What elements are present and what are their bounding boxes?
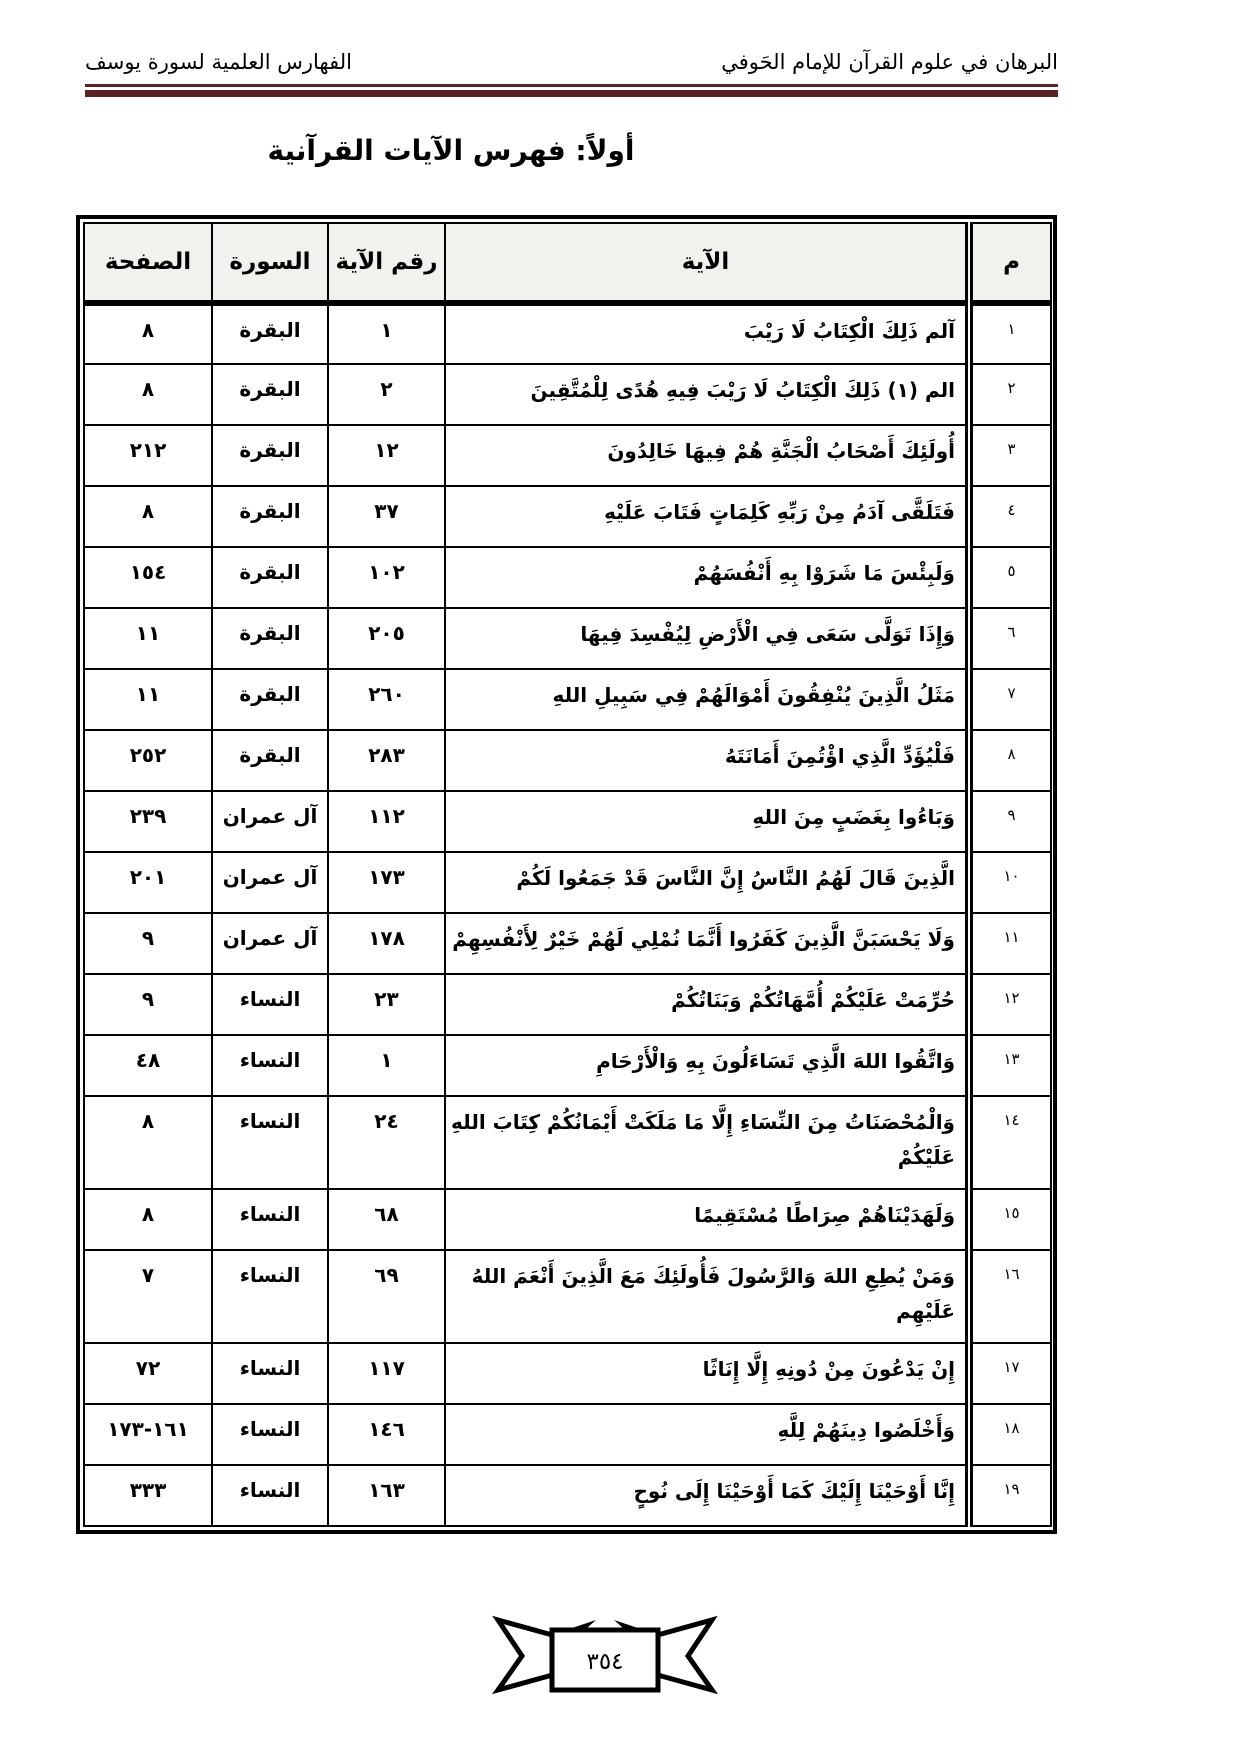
verse-text-cell: وَمَنْ يُطِعِ اللهَ وَالرَّسُولَ فَأُولَ… [445,1250,969,1343]
surah-name-cell: النساء [212,1035,328,1096]
verse-number-cell: ٣٧ [328,486,445,547]
page-number-cell: ٧ [84,1250,212,1343]
table-header-row: م الآية رقم الآية السورة الصفحة [84,223,1051,303]
col-header-verse: الآية [445,223,969,303]
page-number-cell: ٩ [84,913,212,974]
verse-number-cell: ١١٧ [328,1343,445,1404]
verse-text-cell: فَلْيُؤَدِّ الَّذِي اؤْتُمِنَ أَمَانَتَه… [445,730,969,791]
page-number-cell: ٩ [84,974,212,1035]
surah-name-cell: البقرة [212,364,328,425]
verse-number-cell: ١٤٦ [328,1404,445,1465]
verse-number-cell: ٦٨ [328,1189,445,1250]
verse-number-cell: ٢٠٥ [328,608,445,669]
verse-number-cell: ١٧٣ [328,852,445,913]
verse-number-cell: ٢٦٠ [328,669,445,730]
verse-text-cell: الَّذِينَ قَالَ لَهُمُ النَّاسُ إِنَّ ال… [445,852,969,913]
verse-text-cell: وَبَاءُوا بِغَضَبٍ مِنَ اللهِ [445,791,969,852]
verse-index-table: م الآية رقم الآية السورة الصفحة ١آلم ذَل… [76,215,1057,1534]
surah-name-cell: النساء [212,1250,328,1343]
page-number-cell: ٣٣٣ [84,1465,212,1526]
row-index-cell: ٢ [969,364,1051,425]
page-number-cell: ١١ [84,608,212,669]
verse-text-cell: وَإِذَا تَوَلَّى سَعَى فِي الْأَرْضِ لِي… [445,608,969,669]
table-row: ١٩إِنَّا أَوْحَيْنَا إِلَيْكَ كَمَا أَوْ… [84,1465,1051,1526]
surah-name-cell: النساء [212,1189,328,1250]
surah-name-cell: البقرة [212,486,328,547]
surah-name-cell: البقرة [212,730,328,791]
table-row: ٧مَثَلُ الَّذِينَ يُنْفِقُونَ أَمْوَالَه… [84,669,1051,730]
table-row: ١٢حُرِّمَتْ عَلَيْكُمْ أُمَّهَاتُكُمْ وَ… [84,974,1051,1035]
page-number-cell: ٢٠١ [84,852,212,913]
row-index-cell: ٤ [969,486,1051,547]
verse-text-cell: فَتَلَقَّى آدَمُ مِنْ رَبِّهِ كَلِمَاتٍ … [445,486,969,547]
row-index-cell: ١٣ [969,1035,1051,1096]
row-index-cell: ١١ [969,913,1051,974]
table-row: ١آلم ذَلِكَ الْكِتَابُ لَا رَيْبَ١البقرة… [84,303,1051,364]
row-index-cell: ١٤ [969,1096,1051,1189]
header-rule [85,84,1058,97]
row-index-cell: ٥ [969,547,1051,608]
table-row: ١٥وَلَهَدَيْنَاهُمْ صِرَاطًا مُسْتَقِيمً… [84,1189,1051,1250]
verse-text-cell: وَالْمُحْصَنَاتُ مِنَ النِّسَاءِ إِلَّا … [445,1096,969,1189]
page-number-cell: ٢٥٢ [84,730,212,791]
page-number-cell: ٨ [84,1189,212,1250]
row-index-cell: ١٧ [969,1343,1051,1404]
verse-number-cell: ٢٣ [328,974,445,1035]
document-page: { "page_header": { "right_text": "البرها… [0,0,1240,1754]
verse-text-cell: وَلَبِئْسَ مَا شَرَوْا بِهِ أَنْفُسَهُمْ [445,547,969,608]
row-index-cell: ٩ [969,791,1051,852]
verse-text-cell: حُرِّمَتْ عَلَيْكُمْ أُمَّهَاتُكُمْ وَبَ… [445,974,969,1035]
col-header-index: م [969,223,1051,303]
verse-number-cell: ١٦٣ [328,1465,445,1526]
surah-name-cell: آل عمران [212,913,328,974]
row-index-cell: ٨ [969,730,1051,791]
page-number-cell: ٧٢ [84,1343,212,1404]
page-number-cell: ٨ [84,303,212,364]
table-row: ١٣وَاتَّقُوا اللهَ الَّذِي تَسَاءَلُونَ … [84,1035,1051,1096]
page-number-cell: ٨ [84,486,212,547]
table-row: ٦وَإِذَا تَوَلَّى سَعَى فِي الْأَرْضِ لِ… [84,608,1051,669]
page-number-ribbon-icon: ٣٥٤ [490,1612,720,1696]
surah-name-cell: النساء [212,1343,328,1404]
verse-text-cell: إِنْ يَدْعُونَ مِنْ دُونِهِ إِلَّا إِنَا… [445,1343,969,1404]
verse-number-cell: ٢ [328,364,445,425]
surah-name-cell: البقرة [212,425,328,486]
table-row: ١٤وَالْمُحْصَنَاتُ مِنَ النِّسَاءِ إِلَّ… [84,1096,1051,1189]
verse-text-cell: وَأَخْلَصُوا دِينَهُمْ لِلَّهِ [445,1404,969,1465]
surah-name-cell: البقرة [212,608,328,669]
verse-number-cell: ١ [328,303,445,364]
page-number-cell: ١١ [84,669,212,730]
page-number-cell: ١٦١-١٧٣ [84,1404,212,1465]
surah-name-cell: آل عمران [212,852,328,913]
surah-name-cell: آل عمران [212,791,328,852]
row-index-cell: ١٩ [969,1465,1051,1526]
surah-name-cell: البقرة [212,669,328,730]
surah-name-cell: النساء [212,1465,328,1526]
verse-number-cell: ١٧٨ [328,913,445,974]
table-row: ٢الم (١) ذَلِكَ الْكِتَابُ لَا رَيْبَ فِ… [84,364,1051,425]
verse-text-cell: وَاتَّقُوا اللهَ الَّذِي تَسَاءَلُونَ بِ… [445,1035,969,1096]
col-header-verse-number: رقم الآية [328,223,445,303]
row-index-cell: ١٢ [969,974,1051,1035]
page-number-cell: ٤٨ [84,1035,212,1096]
surah-name-cell: البقرة [212,547,328,608]
verse-number-cell: ٢٨٣ [328,730,445,791]
row-index-cell: ٦ [969,608,1051,669]
table-row: ١٨وَأَخْلَصُوا دِينَهُمْ لِلَّهِ١٤٦النسا… [84,1404,1051,1465]
row-index-cell: ١٦ [969,1250,1051,1343]
ribbon-left-wing [498,1620,556,1690]
verse-text-cell: وَلَا يَحْسَبَنَّ الَّذِينَ كَفَرُوا أَن… [445,913,969,974]
verse-number-cell: ١٠٢ [328,547,445,608]
table-row: ٩وَبَاءُوا بِغَضَبٍ مِنَ اللهِ١١٢آل عمرا… [84,791,1051,852]
surah-name-cell: النساء [212,974,328,1035]
surah-name-cell: النساء [212,1404,328,1465]
verse-text-cell: مَثَلُ الَّذِينَ يُنْفِقُونَ أَمْوَالَهُ… [445,669,969,730]
row-index-cell: ٣ [969,425,1051,486]
row-index-cell: ١ [969,303,1051,364]
table-row: ١٧إِنْ يَدْعُونَ مِنْ دُونِهِ إِلَّا إِن… [84,1343,1051,1404]
running-head: البرهان في علوم القرآن للإمام الحَوفي ال… [85,50,1058,97]
row-index-cell: ١٠ [969,852,1051,913]
page-number-cell: ٢٣٩ [84,791,212,852]
chapter-title: الفهارس العلمية لسورة يوسف [85,50,352,74]
verse-text-cell: إِنَّا أَوْحَيْنَا إِلَيْكَ كَمَا أَوْحَ… [445,1465,969,1526]
row-index-cell: ١٥ [969,1189,1051,1250]
table-row: ١٦وَمَنْ يُطِعِ اللهَ وَالرَّسُولَ فَأُو… [84,1250,1051,1343]
surah-name-cell: النساء [212,1096,328,1189]
row-index-cell: ١٨ [969,1404,1051,1465]
table: م الآية رقم الآية السورة الصفحة ١آلم ذَل… [83,222,1052,1527]
verse-number-cell: ١٢ [328,425,445,486]
table-row: ٤فَتَلَقَّى آدَمُ مِنْ رَبِّهِ كَلِمَاتٍ… [84,486,1051,547]
surah-name-cell: البقرة [212,303,328,364]
page-number: ٣٥٤ [586,1649,623,1675]
col-header-page: الصفحة [84,223,212,303]
page-number-cell: ٢١٢ [84,425,212,486]
verse-number-cell: ١١٢ [328,791,445,852]
section-title: أولاً: فهرس الآيات القرآنية [85,134,817,167]
table-row: ١٠الَّذِينَ قَالَ لَهُمُ النَّاسُ إِنَّ … [84,852,1051,913]
table-row: ٣أُولَئِكَ أَصْحَابُ الْجَنَّةِ هُمْ فِي… [84,425,1051,486]
verse-number-cell: ٦٩ [328,1250,445,1343]
verse-text-cell: الم (١) ذَلِكَ الْكِتَابُ لَا رَيْبَ فِي… [445,364,969,425]
row-index-cell: ٧ [969,669,1051,730]
verse-number-cell: ٢٤ [328,1096,445,1189]
book-title: البرهان في علوم القرآن للإمام الحَوفي [721,50,1058,74]
verse-text-cell: أُولَئِكَ أَصْحَابُ الْجَنَّةِ هُمْ فِيه… [445,425,969,486]
verse-number-cell: ١ [328,1035,445,1096]
verse-text-cell: آلم ذَلِكَ الْكِتَابُ لَا رَيْبَ [445,303,969,364]
table-row: ١١وَلَا يَحْسَبَنَّ الَّذِينَ كَفَرُوا أ… [84,913,1051,974]
ribbon-right-wing [654,1620,712,1690]
table-row: ٨فَلْيُؤَدِّ الَّذِي اؤْتُمِنَ أَمَانَتَ… [84,730,1051,791]
verse-text-cell: وَلَهَدَيْنَاهُمْ صِرَاطًا مُسْتَقِيمًا [445,1189,969,1250]
col-header-surah: السورة [212,223,328,303]
table-row: ٥وَلَبِئْسَ مَا شَرَوْا بِهِ أَنْفُسَهُم… [84,547,1051,608]
page-number-cell: ٨ [84,364,212,425]
table-body: ١آلم ذَلِكَ الْكِتَابُ لَا رَيْبَ١البقرة… [84,303,1051,1526]
page-number-cell: ١٥٤ [84,547,212,608]
page-number-cell: ٨ [84,1096,212,1189]
